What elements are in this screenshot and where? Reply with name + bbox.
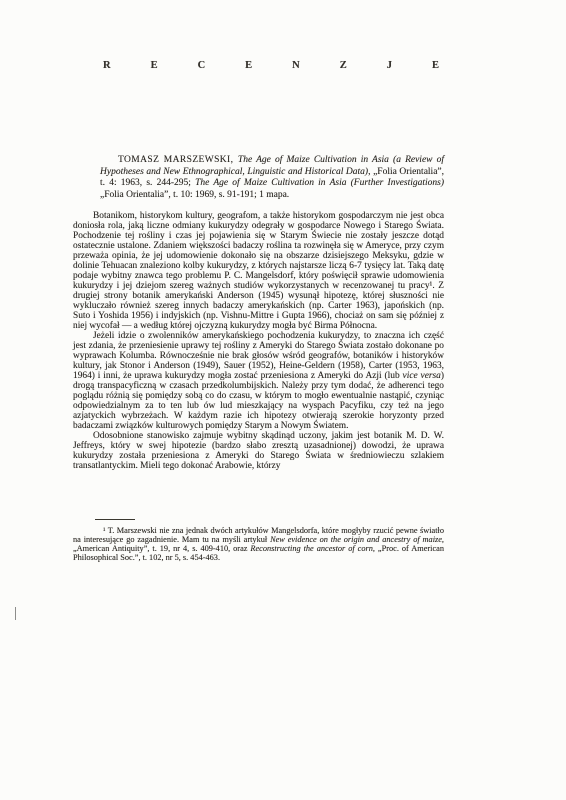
paragraph-2-text-before: Jeżeli idzie o zwolenników amerykańskieg… [73,331,444,381]
citation-title-2: The Age of Maize Cultivation in Asia (Fu… [195,178,444,188]
scan-artifact-mark [15,607,16,620]
citation-author: TOMASZ MARSZEWSKI, [118,155,238,165]
footnote: ¹ T. Marszewski nie zna jednak dwóch art… [73,526,444,562]
review-citation: TOMASZ MARSZEWSKI, The Age of Maize Cult… [100,155,444,202]
scanned-journal-page: RECENZJE TOMASZ MARSZEWSKI, The Age of M… [0,0,566,800]
vice-versa-italic-phrase: vice versa [403,371,441,381]
footnote-separator-rule [95,519,135,520]
footnote-article-title-2: Reconstructing the ancestor of corn [250,544,372,553]
body-paragraph-3: Odosobnione stanowisko zajmuje wybitny s… [73,431,444,471]
body-paragraph-1: Botanikom, historykom kultury, geografom… [73,211,444,331]
running-head: RECENZJE [103,60,479,71]
review-body: Botanikom, historykom kultury, geografom… [73,211,444,471]
citation-ref-2: „Folia Orientalia”, t. 10: 1969, s. 91-1… [100,190,289,200]
body-paragraph-2: Jeżeli idzie o zwolenników amerykańskieg… [73,331,444,431]
footnote-article-title-1: New evidence on the origin and ancestry … [270,535,442,544]
